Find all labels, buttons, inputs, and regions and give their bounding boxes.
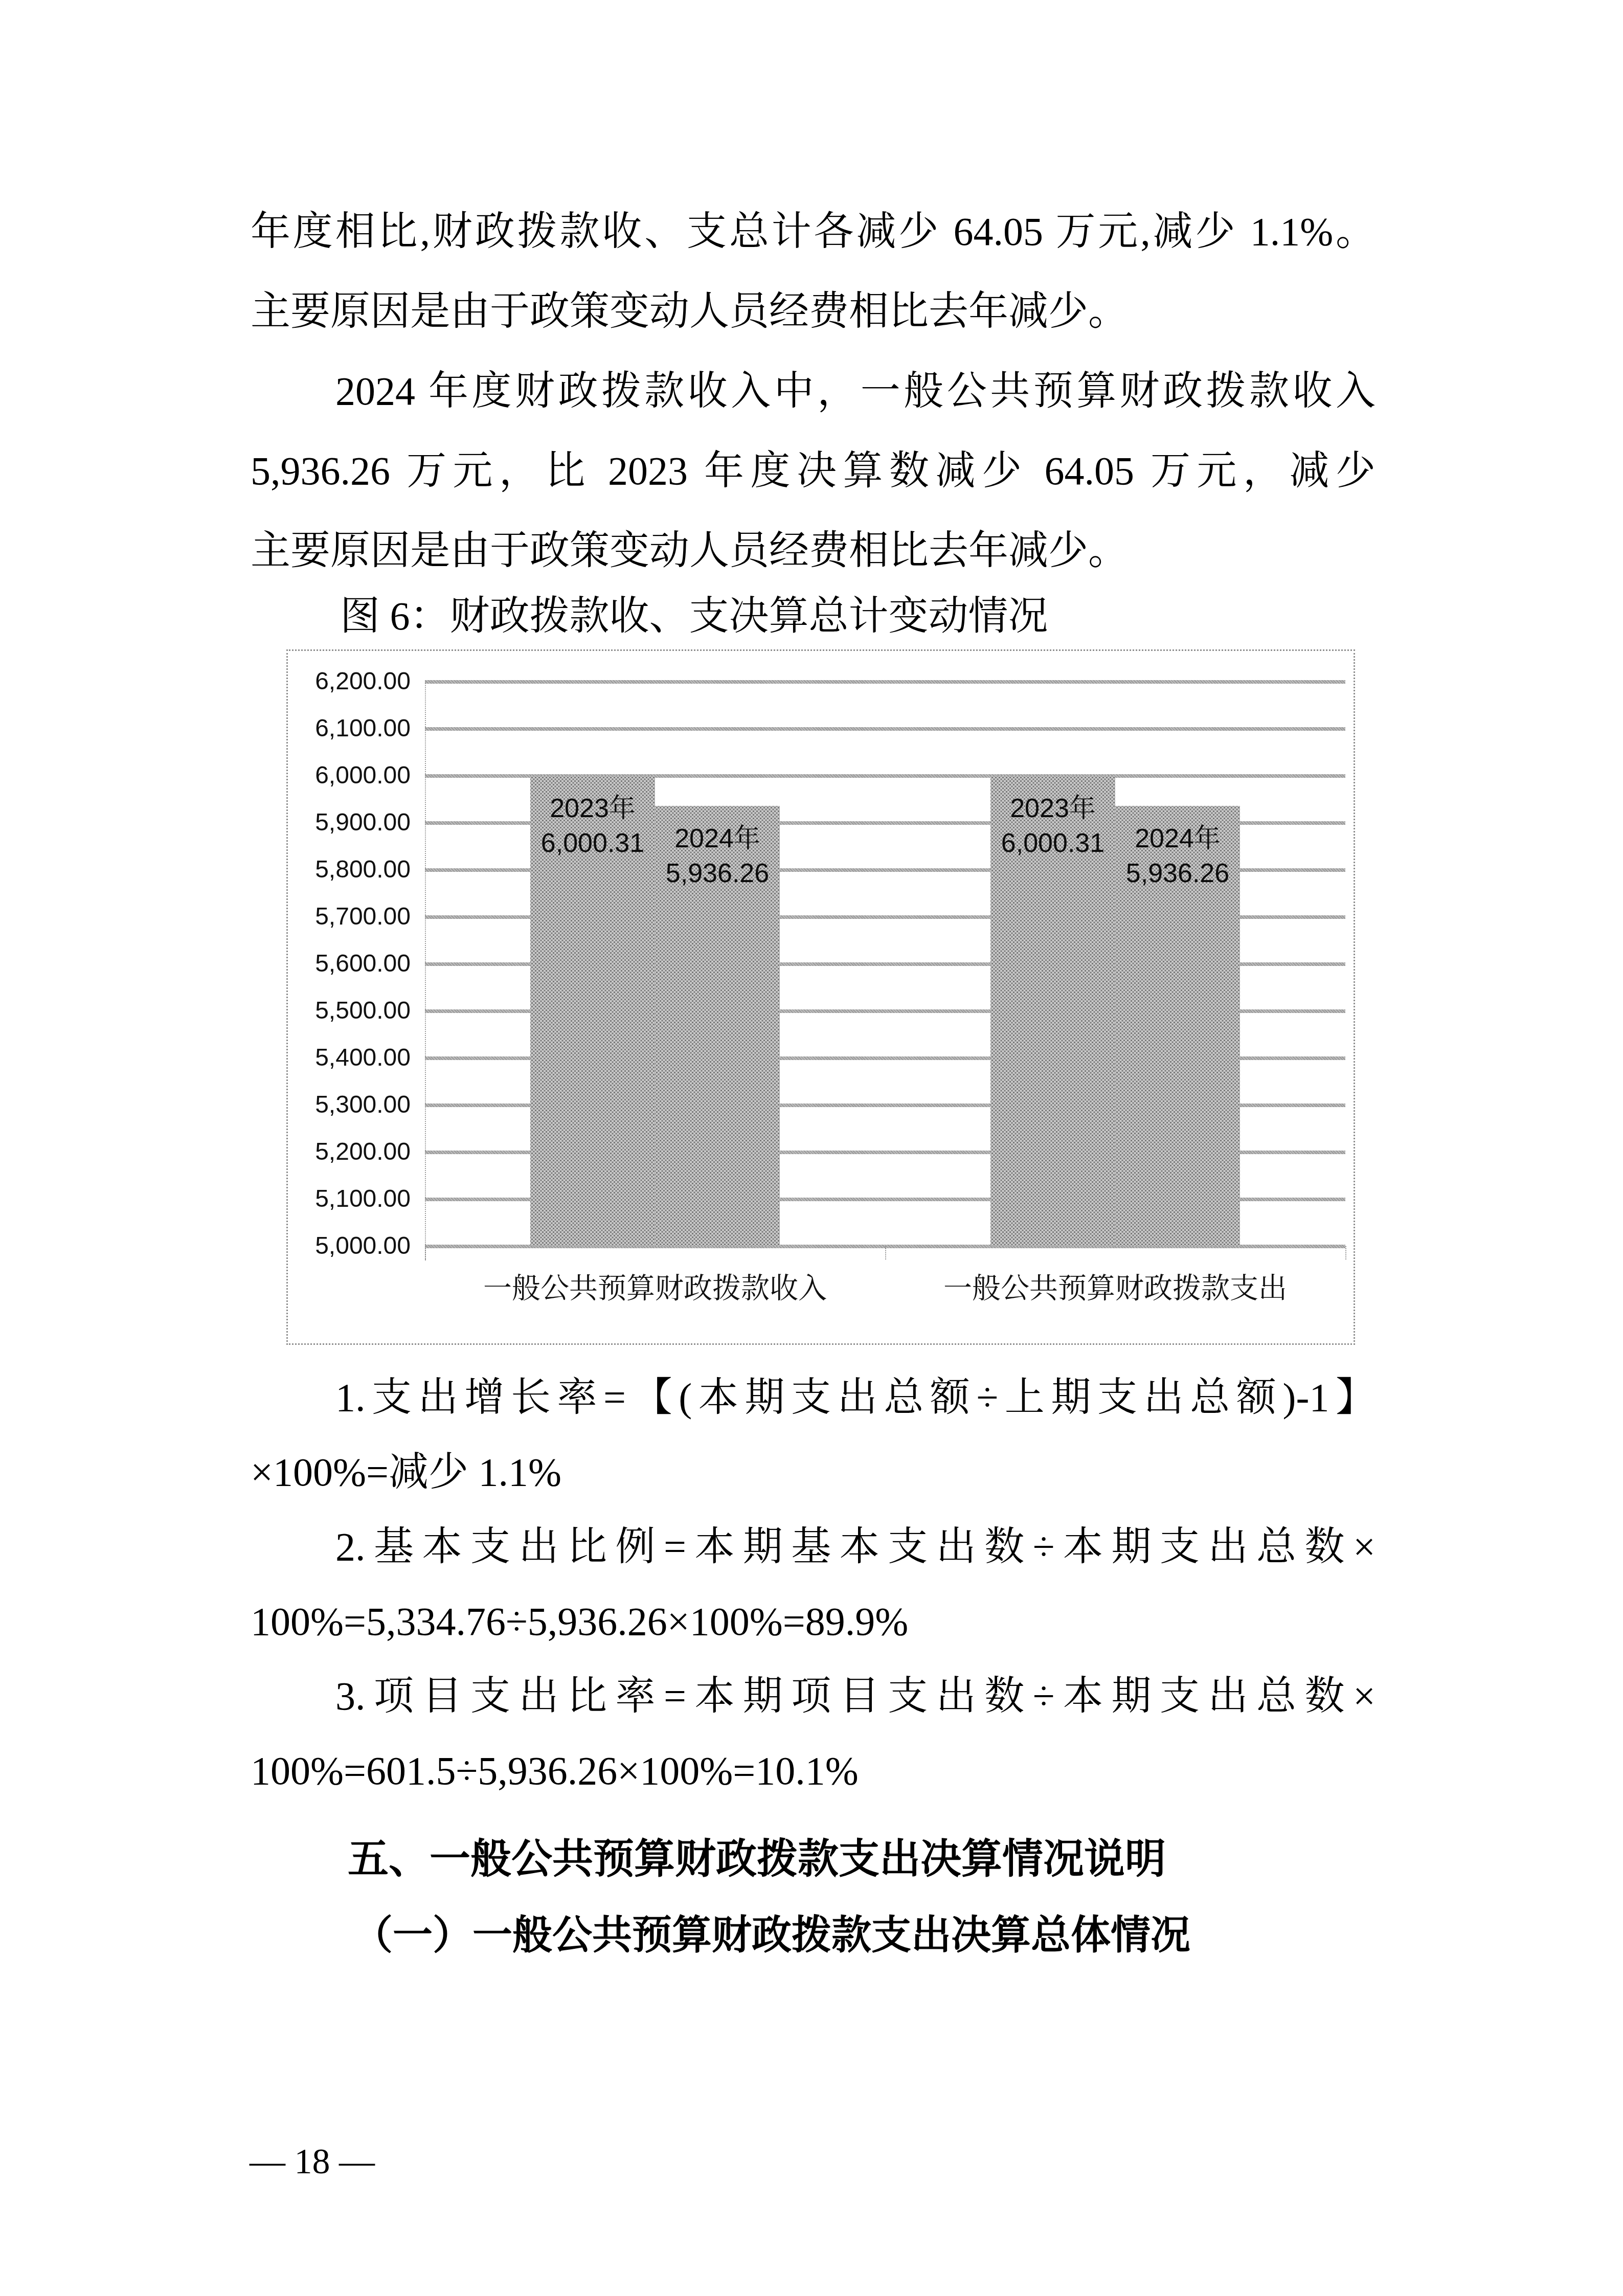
note-3-line-1: 3.项目支出比率=本期项目支出数÷本期支出总数× [251, 1659, 1376, 1734]
gridline [425, 727, 1345, 731]
x-category-label-2: 一般公共预算财政拨款支出 [885, 1268, 1345, 1309]
note-1-line-1: 1.支出增长率=【(本期支出总额÷上期支出总额)-1】 [251, 1360, 1376, 1435]
bar-label-2024年-2: 2024年5,936.26 [1095, 821, 1260, 891]
paragraph-line-4: 5,936.26 万元，比 2023 年度决算数减少 64.05 万元，减少 [251, 431, 1376, 511]
x-axis-tick-1 [425, 1246, 426, 1259]
note-2-line-2: 100%=5,334.76÷5,936.26×100%=89.9% [251, 1584, 1376, 1659]
y-tick-label: 5,600.00 [288, 946, 411, 982]
bar-series-name: 2024年 [635, 821, 800, 856]
y-tick-label: 6,200.00 [288, 664, 411, 700]
y-tick-label: 6,100.00 [288, 711, 411, 747]
x-axis-tick-2 [885, 1246, 886, 1259]
gridline [425, 680, 1345, 684]
x-category-label-1: 一般公共预算财政拨款收入 [425, 1268, 885, 1309]
note-1-line-2: ×100%=减少 1.1% [251, 1435, 1376, 1510]
y-tick-label: 5,400.00 [288, 1040, 411, 1076]
y-tick-label: 5,200.00 [288, 1134, 411, 1170]
x-axis-tick-3 [1345, 1246, 1346, 1259]
paragraph-line-2: 主要原因是由于政策变动人员经费相比去年减少。 [251, 272, 1376, 351]
y-tick-label: 5,700.00 [288, 899, 411, 935]
formula-notes: 1.支出增长率=【(本期支出总额÷上期支出总额)-1】 ×100%=减少 1.1… [251, 1345, 1376, 1808]
bar-series-name: 2023年 [970, 791, 1136, 826]
bar-value-label: 5,936.26 [1095, 856, 1260, 891]
paragraph-line-3: 2024 年度财政拨款收入中，一般公共预算财政拨款收入 [251, 351, 1376, 431]
y-tick-label: 5,900.00 [288, 805, 411, 841]
y-tick-label: 5,000.00 [288, 1228, 411, 1264]
subsection-heading: （一）一般公共预算财政拨款支出决算总体情况 [353, 1897, 1376, 1974]
document-page: { "page": { "number_label": "— 18 —" }, … [0, 0, 1623, 2296]
paragraph-line-1: 年度相比,财政拨款收、支总计各减少 64.05 万元,减少 1.1%。 [251, 192, 1376, 272]
figure-bar-chart: 6,200.006,100.006,000.005,900.005,800.00… [286, 649, 1355, 1345]
bar-series-name: 2023年 [510, 791, 675, 826]
y-tick-label: 5,100.00 [288, 1181, 411, 1217]
y-tick-label: 5,300.00 [288, 1087, 411, 1123]
y-tick-label: 5,800.00 [288, 852, 411, 888]
paragraph-line-5: 主要原因是由于政策变动人员经费相比去年减少。 [251, 511, 1376, 591]
section-heading: 五、一般公共预算财政拨款支出决算情况说明 [348, 1820, 1376, 1897]
note-3-line-2: 100%=601.5÷5,936.26×100%=10.1% [251, 1734, 1376, 1808]
bar-series-name: 2024年 [1095, 821, 1260, 856]
y-axis-line [425, 682, 426, 1260]
y-tick-label: 5,500.00 [288, 993, 411, 1029]
bar-label-2024年-1: 2024年5,936.26 [635, 821, 800, 891]
bar-value-label: 5,936.26 [635, 856, 800, 891]
page-number: — 18 — [250, 2142, 375, 2182]
note-2-line-1: 2.基本支出比例=本期基本支出数÷本期支出总数× [251, 1510, 1376, 1584]
content-area: 年度相比,财政拨款收、支总计各减少 64.05 万元,减少 1.1%。 主要原因… [251, 0, 1376, 1974]
upper-paragraphs: 年度相比,财政拨款收、支总计各减少 64.05 万元,减少 1.1%。 主要原因… [251, 0, 1376, 591]
figure-caption: 图 6：财政拨款收、支决算总计变动情况 [340, 591, 1376, 642]
y-tick-label: 6,000.00 [288, 758, 411, 794]
